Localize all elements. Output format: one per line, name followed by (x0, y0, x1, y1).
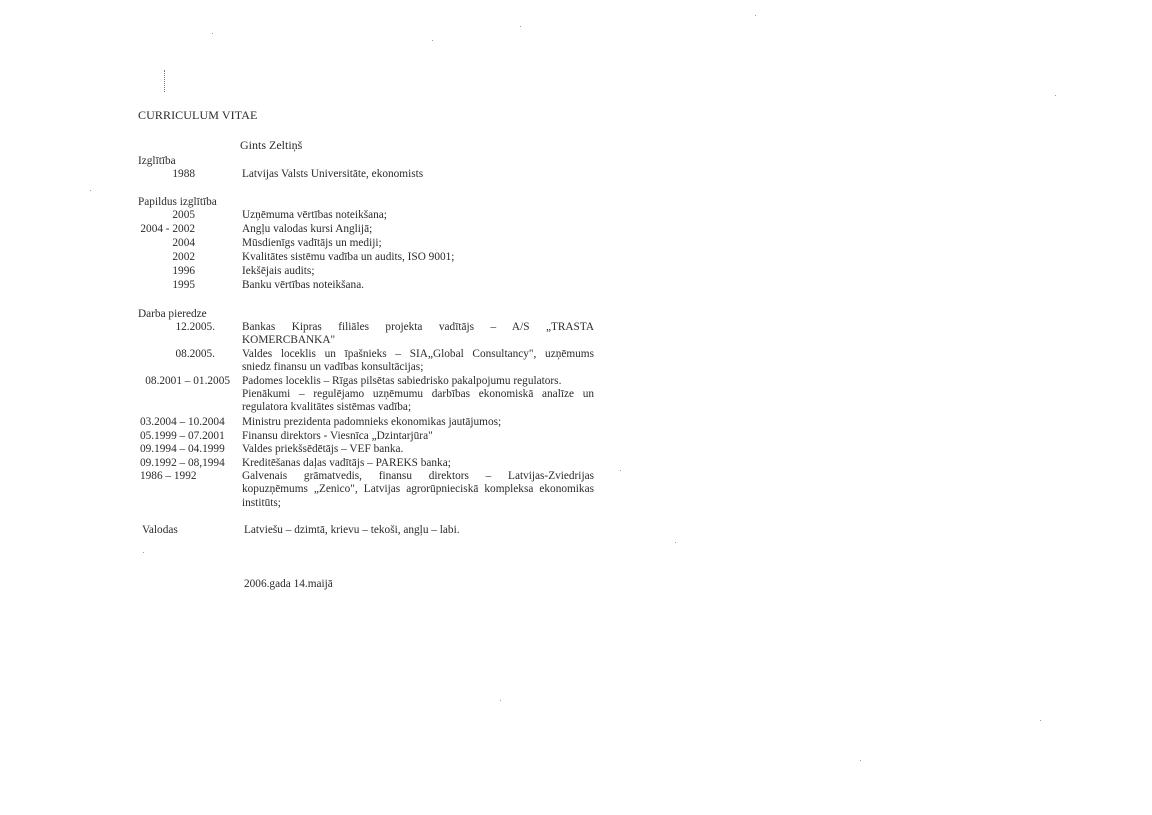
languages-text: Latviešu – dzimtā, krievu – tekoši, angļ… (244, 524, 460, 537)
person-name: Gints Zeltiņš (240, 138, 302, 153)
section-heading-work-experience: Darba pieredze (138, 308, 207, 320)
scan-speck (620, 470, 621, 471)
document-title: CURRICULUM VITAE (138, 108, 257, 123)
scanned-cv-page: CURRICULUM VITAE Gints Zeltiņš Izglītība… (0, 0, 1152, 815)
section-heading-languages: Valodas (142, 524, 178, 536)
scan-speck (755, 15, 756, 16)
additional-text: Angļu valodas kursi Anglijā; (242, 223, 372, 236)
work-description-cont: regulatora kvalitātes sistēmas vadība; (242, 401, 411, 414)
additional-year: 2004 (150, 237, 195, 249)
scan-speck (500, 700, 501, 701)
scan-speck (90, 190, 91, 191)
additional-year: 2005 (150, 209, 195, 221)
additional-text: Kvalitātes sistēmu vadība un audits, ISO… (242, 251, 454, 264)
work-period: 08.2001 – 01.2005 (138, 375, 230, 387)
scan-speck (1055, 95, 1056, 96)
work-period: 1986 – 1992 (140, 470, 230, 482)
education-text: Latvijas Valsts Universitāte, ekonomists (242, 168, 423, 181)
scan-speck (520, 26, 521, 27)
work-description-cont: sniedz finansu un vadības konsultācijas; (242, 361, 423, 374)
work-description-cont: KOMERCBANKA" (242, 334, 335, 347)
scan-speck (860, 760, 861, 761)
work-period: 05.1999 – 07.2001 (140, 430, 230, 442)
scan-speck (432, 40, 433, 41)
work-description: Valdes loceklis un īpašnieks – SIA„Globa… (242, 348, 594, 361)
work-period: 09.1994 – 04.1999 (140, 443, 230, 455)
education-year: 1988 (150, 168, 195, 180)
section-heading-education: Izglītība (138, 155, 176, 167)
work-description: Ministru prezidenta padomnieks ekonomika… (242, 416, 501, 429)
additional-year: 2004 - 2002 (130, 223, 195, 235)
work-description-cont: institūts; (242, 497, 281, 510)
additional-text: Uzņēmuma vērtības noteikšana; (242, 209, 387, 222)
document-date: 2006.gada 14.maijā (244, 578, 333, 591)
work-description: Kreditēšanas daļas vadītājs – PAREKS ban… (242, 457, 451, 470)
additional-text: Mūsdienīgs vadītājs un mediji; (242, 237, 382, 250)
work-description-cont: kopuzņēmums „Zenico", Latvijas agrorūpni… (242, 483, 594, 496)
section-heading-additional-education: Papildus izglītība (138, 196, 217, 208)
work-period: 12.2005. (150, 321, 215, 333)
work-description-cont: Pienākumi – regulējamo uzņēmumu darbības… (242, 388, 594, 401)
additional-text: Banku vērtības noteikšana. (242, 279, 364, 292)
additional-year: 1996 (150, 265, 195, 277)
scan-speck (143, 552, 144, 553)
work-period: 08.2005. (150, 348, 215, 360)
additional-year: 2002 (150, 251, 195, 263)
work-period: 03.2004 – 10.2004 (140, 416, 230, 428)
work-period: 09.1992 – 08,1994 (140, 457, 230, 469)
additional-text: Iekšējais audits; (242, 265, 314, 278)
scan-mark (164, 70, 167, 92)
work-description: Finansu direktors - Viesnīca „Dzintarjūr… (242, 430, 433, 443)
work-description: Bankas Kipras filiāles projekta vadītājs… (242, 321, 594, 334)
additional-year: 1995 (150, 279, 195, 291)
work-description: Galvenais grāmatvedis, finansu direktors… (242, 470, 594, 483)
scan-speck (212, 33, 213, 34)
work-description: Valdes priekšsēdētājs – VEF banka. (242, 443, 403, 456)
scan-speck (675, 542, 676, 543)
work-description: Padomes loceklis – Rīgas pilsētas sabied… (242, 375, 561, 388)
scan-speck (1040, 720, 1041, 721)
